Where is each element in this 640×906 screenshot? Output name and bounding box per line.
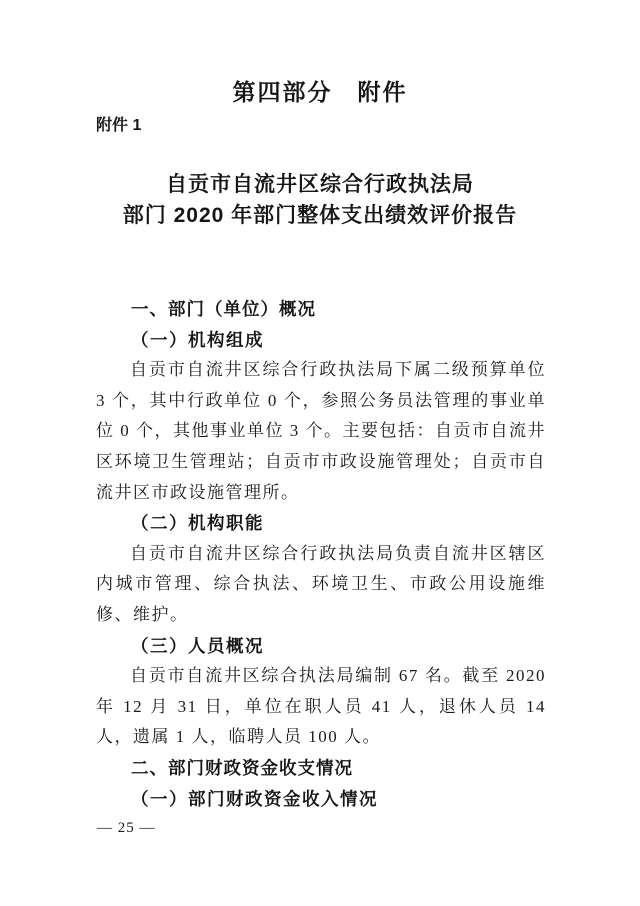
paragraph-org-composition: 自贡市自流井区综合行政执法局下属二级预算单位 3 个，其中行政单位 0 个，参照… [96, 355, 546, 508]
subsection-heading-2-1: （一）部门财政资金收入情况 [96, 784, 546, 815]
report-title-line1: 自贡市自流井区综合行政执法局 [0, 169, 640, 200]
section-heading-1: 一、部门（单位）概况 [96, 294, 546, 325]
subsection-heading-1-3: （三）人员概况 [96, 631, 546, 662]
page-number: — 25 — [97, 820, 156, 837]
subsection-heading-1-2: （二）机构职能 [96, 508, 546, 539]
paragraph-personnel: 自贡市自流井区综合执法局编制 67 名。截至 2020 年 12 月 31 日，… [96, 661, 546, 753]
part-title: 第四部分 附件 [0, 78, 640, 106]
document-body: 一、部门（单位）概况 （一）机构组成 自贡市自流井区综合行政执法局下属二级预算单… [96, 294, 546, 814]
attachment-label: 附件 1 [96, 116, 141, 136]
section-heading-2: 二、部门财政资金收支情况 [96, 753, 546, 784]
subsection-heading-1-1: （一）机构组成 [96, 325, 546, 356]
report-title-line2: 部门 2020 年部门整体支出绩效评价报告 [0, 200, 640, 231]
report-title: 自贡市自流井区综合行政执法局 部门 2020 年部门整体支出绩效评价报告 [0, 169, 640, 231]
paragraph-org-functions: 自贡市自流井区综合行政执法局负责自流井区辖区内城市管理、综合执法、环境卫生、市政… [96, 539, 546, 631]
document-page: 第四部分 附件 附件 1 自贡市自流井区综合行政执法局 部门 2020 年部门整… [0, 0, 640, 906]
